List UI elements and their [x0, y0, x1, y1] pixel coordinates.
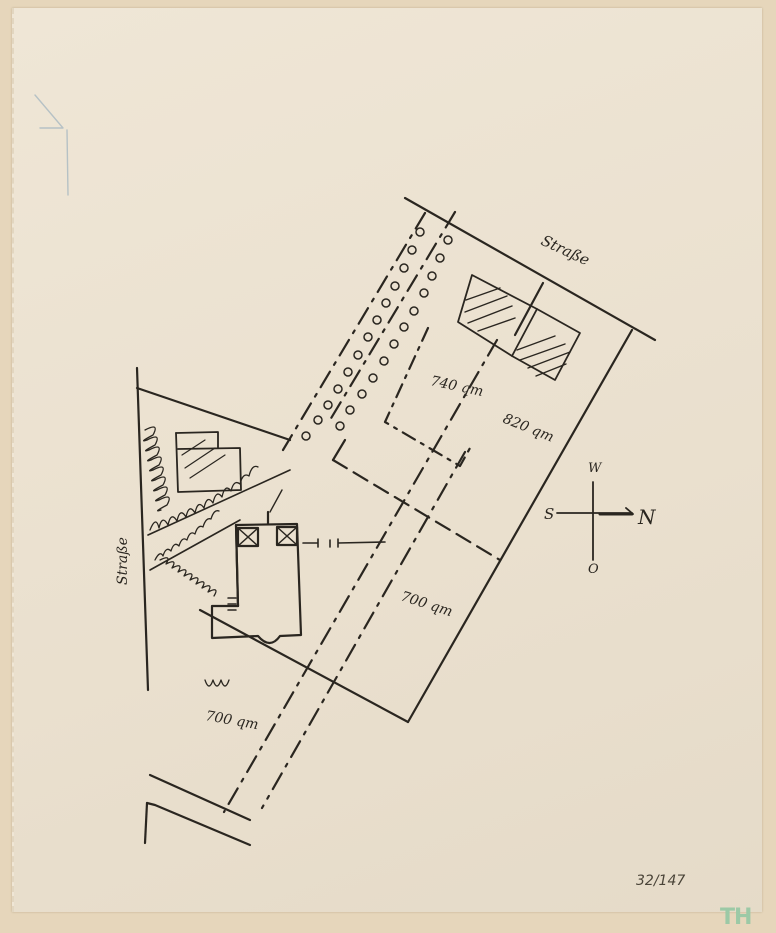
faint-pencil-marks — [35, 95, 68, 195]
compass-rose — [557, 482, 633, 560]
tree-row — [302, 228, 452, 440]
bottom-street-line-1 — [147, 803, 250, 845]
archive-number: 32/147 — [636, 873, 685, 889]
left-street-line — [137, 368, 148, 690]
label-plot-700-middle: 700 qm — [399, 589, 455, 621]
label-plot-820: 820 qm — [501, 411, 557, 446]
bottom-street-line-2 — [150, 775, 250, 820]
top-street-line — [405, 198, 655, 340]
existing-building-left — [176, 432, 241, 492]
compass-north-label: N — [637, 505, 657, 529]
label-plot-700-lower: 700 qm — [204, 708, 259, 733]
house-road-connector — [303, 539, 385, 547]
site-plan-drawing: Straße Straße 740 qm 820 qm 700 qm 700 q… — [0, 0, 776, 933]
label-street-left: Straße — [115, 537, 131, 585]
plot-divider-2 — [200, 610, 408, 722]
new-house — [212, 490, 301, 643]
compass-west-label: W — [588, 461, 603, 476]
compass-south-label: S — [544, 505, 554, 523]
compass-east-label: O — [588, 562, 599, 577]
plot-740-outline — [385, 328, 470, 466]
mount-board: Straße Straße 740 qm 820 qm 700 qm 700 q… — [0, 0, 776, 933]
plot-divider-1 — [333, 460, 500, 560]
access-road-lines — [224, 212, 497, 812]
label-street-top: Straße — [538, 231, 592, 269]
archive-stamp: TH — [720, 905, 751, 930]
